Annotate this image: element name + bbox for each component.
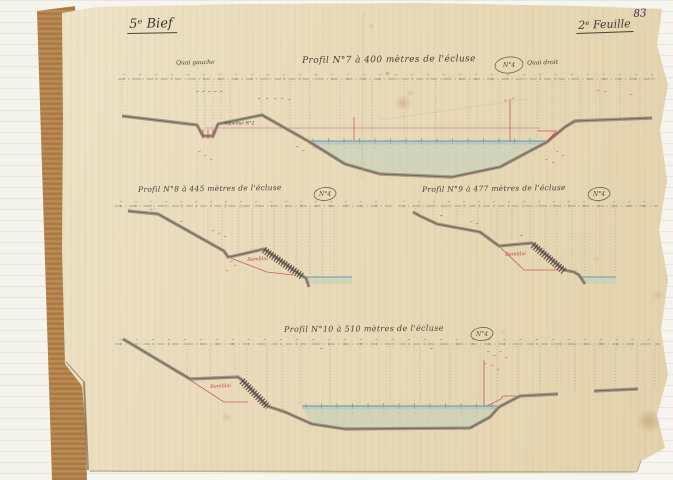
profile-10-title: Profil N°10 à 510 mètres de l'écluse	[284, 324, 444, 334]
profile-9-embankment-label: Remblai	[505, 251, 526, 258]
profile-8-stamp-text: N°4	[318, 191, 331, 198]
profile-7-left-bank-label: Quai gauche	[176, 58, 215, 66]
profile-9-ground	[413, 212, 585, 284]
profile-7-water-fill	[308, 141, 547, 177]
paper-edge-shadow	[637, 461, 641, 472]
profile-8-water-fill	[304, 277, 352, 284]
profile-10-stamp-text: N°4	[475, 331, 488, 338]
profile-7-aqueduct-label: Aqueduc N°2	[224, 121, 254, 126]
profile-9-stamp: N°4	[587, 186, 610, 201]
profile-8-section	[128, 211, 352, 287]
sheet-label: 2ᵉ Feuille	[576, 17, 634, 34]
profile-10-embankment-label: Remblai	[210, 383, 231, 390]
profile-7-section	[122, 99, 652, 177]
profiles-drawing: N°4 N°4 N°4 N°4	[0, 0, 673, 480]
paper-edge-shadow	[84, 382, 88, 470]
profile-9-revetment-hatch	[533, 245, 564, 271]
scanned-drawing-page: N°4 N°4 N°4 N°4 5ᵉ Bief 2ᵉ Feuille 83 Pr…	[0, 0, 673, 480]
bief-label: 5ᵉ Bief	[127, 16, 177, 34]
profile-7-stamp-text: N°4	[502, 62, 515, 69]
profile-10-section	[123, 339, 638, 429]
profile-7-stamp: N°4	[494, 56, 524, 75]
paper-crease	[380, 99, 528, 120]
profile-9-section	[413, 212, 616, 284]
profile-8-stamp: N°4	[313, 186, 336, 201]
measurement-marks	[120, 74, 655, 413]
profile-7-right-bank-label: Quai droit	[527, 58, 558, 66]
profile-9-stamp-text: N°4	[592, 191, 605, 198]
profile-8-embankment-label: Remblai	[247, 256, 268, 263]
paper-edge-shadow	[66, 362, 84, 382]
profile-7-title: Profil N°7 à 400 mètres de l'écluse	[302, 54, 476, 66]
paper-edge-shadow	[90, 471, 636, 472]
page-number: 83	[633, 7, 647, 20]
profile-8-ground	[128, 211, 309, 287]
